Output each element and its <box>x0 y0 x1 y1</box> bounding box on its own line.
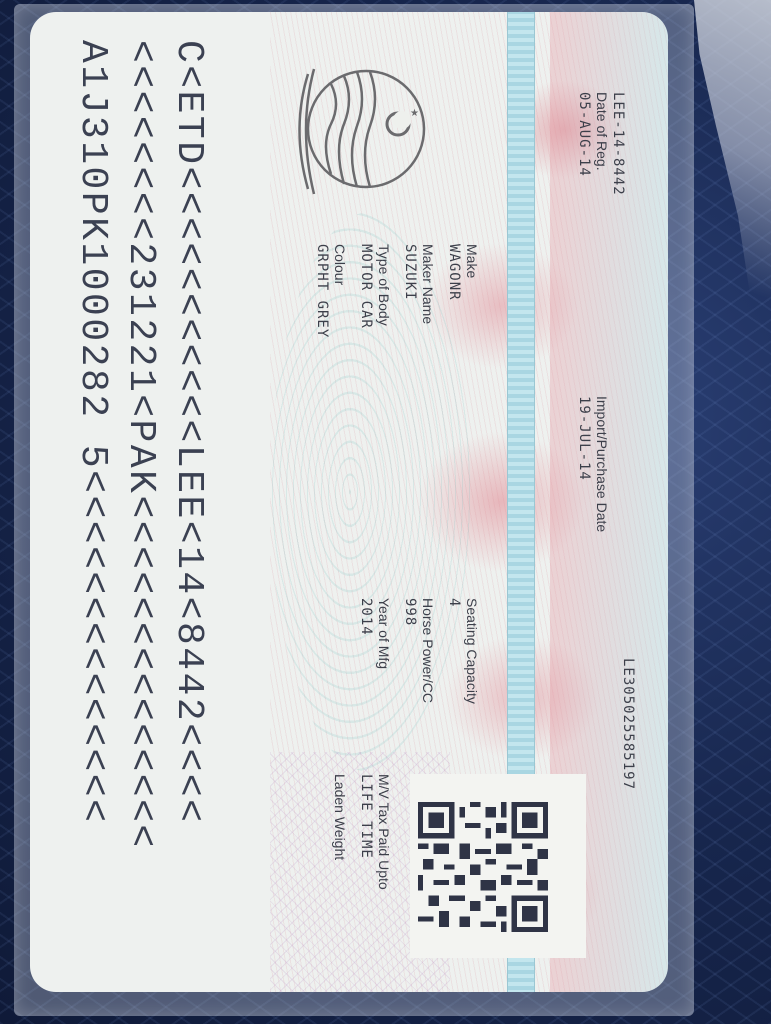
make-value: WAGONR <box>446 244 462 301</box>
import-date-label: Import/Purchase Date <box>594 396 610 532</box>
type-of-body-label: Type of Body <box>376 244 392 326</box>
laden-weight-label: Laden Weight <box>332 774 348 860</box>
colour-label: Colour <box>332 244 348 285</box>
mrz-line-3: A1J310PK1000282 5<<<<<<<<<<<<<< <box>71 40 114 824</box>
colour-value: GRPHT GREY <box>314 244 330 338</box>
svg-text:★: ★ <box>410 108 419 119</box>
serial-number: LE305025585197 <box>620 658 636 790</box>
tax-paid-label: M/V Tax Paid Upto <box>376 774 392 890</box>
horse-power-value: 998 <box>402 598 418 626</box>
mrz-line-2: <<<<<<<<231221<PAK<<<<<<<<<<<<<< <box>119 40 162 850</box>
registration-card: C<ETD<<<<<<<<<<<LEE<14<8442<<<< <<<<<<<<… <box>30 12 668 992</box>
make-label: Make <box>464 244 480 278</box>
maker-name-value: SUZUKI <box>402 244 418 301</box>
tax-paid-value: LIFE TIME <box>358 774 374 859</box>
qr-code-icon <box>418 802 548 932</box>
year-of-mfg-label: Year of Mfg <box>376 598 392 669</box>
date-of-reg-label: Date of Reg. <box>594 92 610 171</box>
maker-name-label: Maker Name <box>420 244 436 324</box>
emblem-icon: ★ <box>286 44 436 214</box>
year-of-mfg-value: 2014 <box>358 598 374 636</box>
registration-number: LEE-14-8442 <box>610 92 626 196</box>
seating-capacity-label: Seating Capacity <box>464 598 480 704</box>
type-of-body-value: MOTOR CAR <box>358 244 374 329</box>
mrz-line-1: C<ETD<<<<<<<<<<<LEE<14<8442<<<< <box>167 40 210 824</box>
seating-capacity-value: 4 <box>446 598 462 607</box>
horse-power-label: Horse Power/CC <box>420 598 436 703</box>
date-of-reg-value: 05-AUG-14 <box>576 92 592 177</box>
import-date-value: 19-JUL-14 <box>576 396 592 481</box>
